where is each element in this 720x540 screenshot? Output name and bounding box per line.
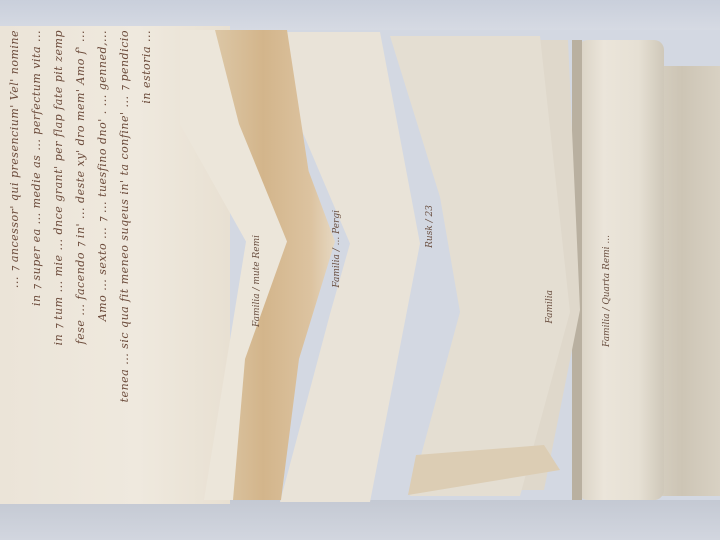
text-line: in estoria ... bbox=[140, 30, 153, 104]
endorsement: Familia / ... Pergi bbox=[332, 210, 342, 288]
endorsement: Familia / mute Remi bbox=[252, 235, 262, 327]
text-line: fese ... facendo ⁊ in' ... deste xy' dro… bbox=[74, 30, 87, 344]
endorsement: Familia / Quarta Remi ... bbox=[602, 235, 612, 347]
rolled-membrane bbox=[578, 40, 664, 500]
text-line: tenea ... sic qua fit meneo suqeus in' t… bbox=[118, 30, 131, 402]
text-line: Amo ... sexto ... ⁊ ... tuesfino dno' . … bbox=[96, 30, 109, 321]
endorsement: Rusk / 23 bbox=[425, 205, 435, 248]
endorsement: Familia bbox=[545, 290, 555, 324]
main-text-block: ... ⁊ ancessor' qui presencium' Vel' nom… bbox=[8, 30, 208, 450]
outer-roll bbox=[656, 66, 720, 496]
text-line: in ⁊ super ea ... medie as ... perfectum… bbox=[30, 30, 43, 306]
text-line: ... ⁊ ancessor' qui presencium' Vel' nom… bbox=[8, 30, 21, 288]
text-line: in ⁊ tum ... mie ... dnce grant' per fla… bbox=[52, 30, 65, 345]
background-bottom bbox=[0, 500, 720, 540]
